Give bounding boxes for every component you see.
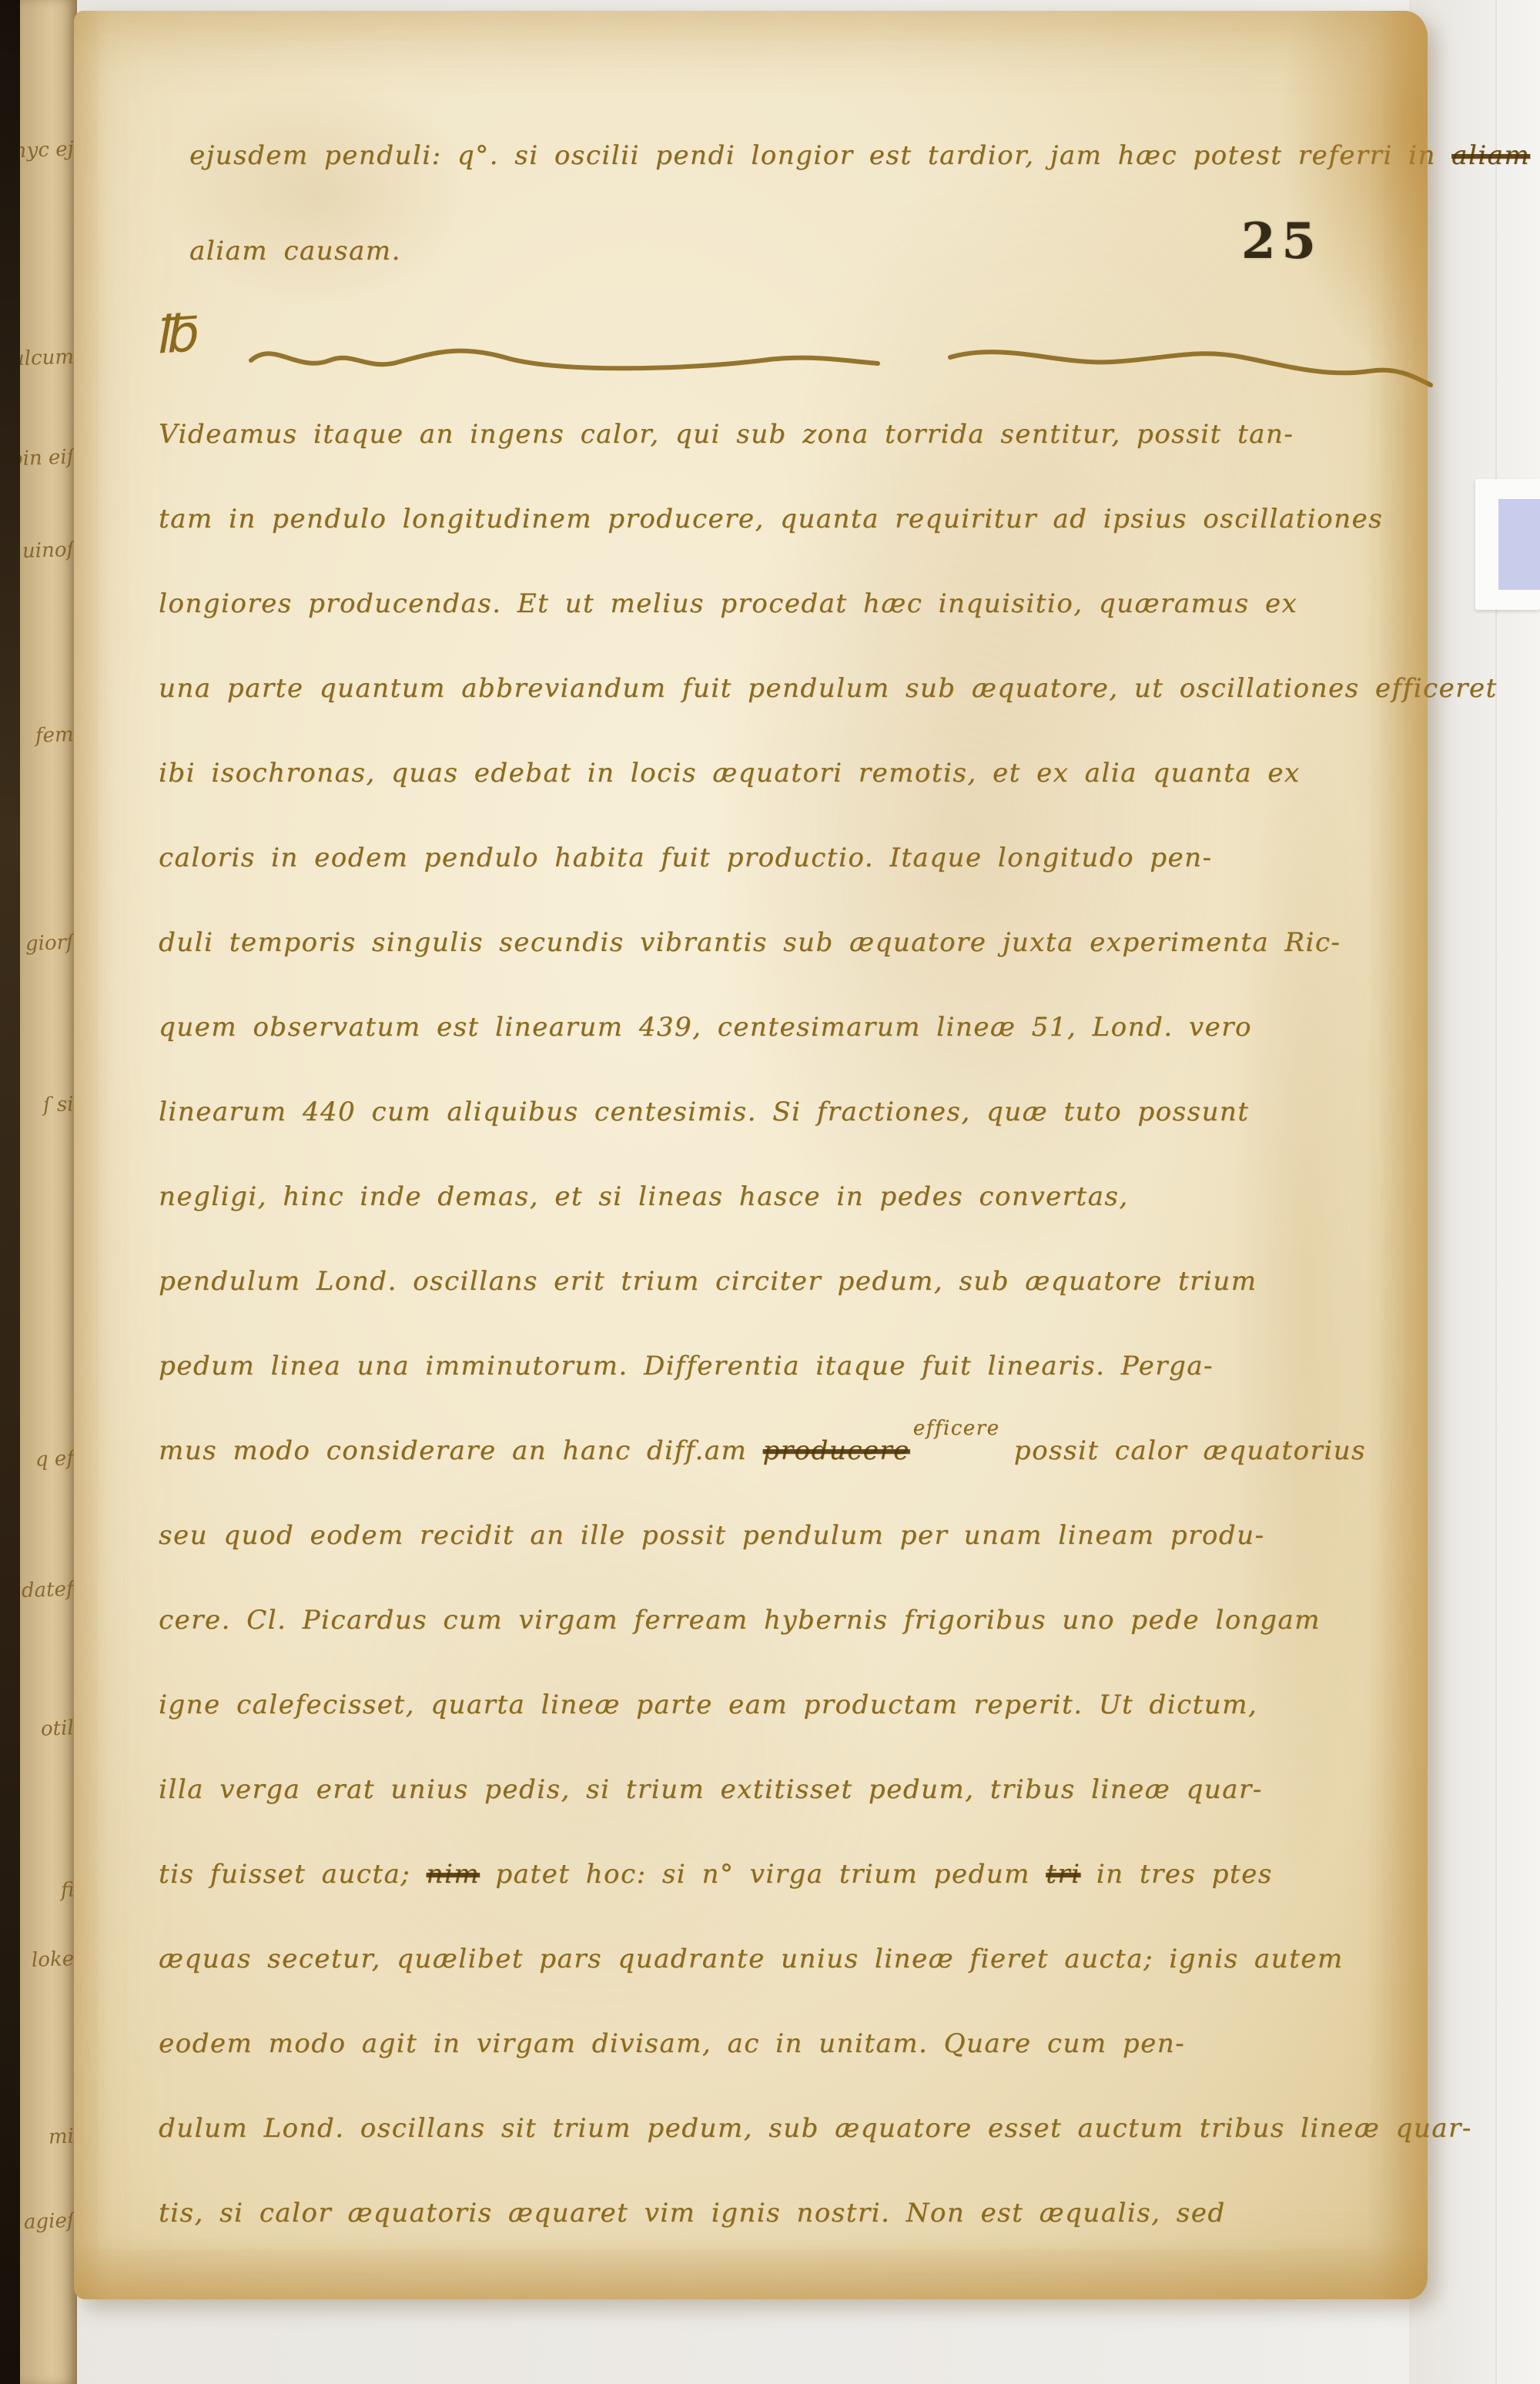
body-line: seu quod eodem recidit an ille possit pe… <box>159 1520 1264 1551</box>
body-line: caloris in eodem pendulo habita fuit pro… <box>159 842 1213 873</box>
body-line: tam in pendulo longitudinem producere, q… <box>159 504 1383 534</box>
header-line-1: ejusdem penduli: q°. si oscilii pendi lo… <box>189 140 1530 171</box>
interlinear-insertion: efficere <box>913 1417 1000 1440</box>
page-number-stamp: 25 <box>1241 213 1322 270</box>
gutter-text-fragment: loke <box>31 1947 74 1972</box>
body-line-with-correction: mus modo considerare an hanc diff.am pro… <box>159 1435 1366 1466</box>
gutter-text-fragment: q ef <box>35 1447 75 1472</box>
body-line: duli temporis singulis secundis vibranti… <box>159 927 1341 958</box>
gutter-text-fragment: oin eiſ <box>20 446 74 471</box>
manuscript-scan: hyc ej ulcum oin eiſ uinoſ fem giorſ ſ s… <box>0 0 1540 2384</box>
header-line-2: aliam causam. <box>189 236 401 266</box>
body-line-text: patet hoc: si n° virga trium pedum <box>480 1859 1046 1890</box>
wavy-separator-line <box>248 330 1434 399</box>
gutter-text-fragment: uinoſ <box>22 538 74 563</box>
body-line: æquas secetur, quælibet pars quadrante u… <box>159 1944 1344 1974</box>
body-line-text: possit calor æquatorius <box>999 1435 1367 1466</box>
crossed-out-word: nim <box>427 1859 480 1890</box>
body-line: una parte quantum abbreviandum fuit pend… <box>159 673 1498 704</box>
header-line-1-text: ejusdem penduli: q°. si oscilii pendi lo… <box>189 140 1436 171</box>
body-line: pendulum Lond. oscillans erit trium circ… <box>159 1266 1257 1297</box>
gutter-text-fragment: hyc ej <box>20 138 74 163</box>
bookmark-tab <box>1475 479 1540 610</box>
facing-page-sliver: hyc ej ulcum oin eiſ uinoſ fem giorſ ſ s… <box>20 0 77 2384</box>
gutter-text-fragment: fem <box>35 723 75 748</box>
manuscript-page: 25 ejusdem penduli: q°. si oscilii pendi… <box>74 11 1428 2299</box>
gutter-text-fragment: fi <box>60 1879 74 1903</box>
body-line: dulum Lond. oscillans sit trium pedum, s… <box>159 2113 1472 2144</box>
body-line: linearum 440 cum aliquibus centesimis. S… <box>159 1097 1249 1127</box>
body-line: igne calefecisset, quarta lineæ parte ea… <box>159 1689 1257 1720</box>
body-line: negligi, hinc inde demas, et si lineas h… <box>159 1181 1129 1212</box>
body-line-text: mus modo considerare an hanc diff.am <box>159 1435 763 1466</box>
body-line: eodem modo agit in virgam divisam, ac in… <box>159 2028 1185 2059</box>
book-gutter-shadow <box>0 0 20 2384</box>
body-line-text: in tres ptes <box>1080 1859 1272 1890</box>
body-line: tis, si calor æquatoris æquaret vim igni… <box>159 2198 1226 2228</box>
body-line: longiores producendas. Et ut melius proc… <box>159 588 1297 619</box>
gutter-text-fragment: agieſ <box>23 2209 74 2234</box>
body-line: pedum linea una imminutorum. Differentia… <box>159 1351 1214 1381</box>
backing-sheet-edge <box>1495 0 1497 2384</box>
body-line-text: tis fuisset aucta; <box>159 1859 427 1890</box>
crossed-out-word: aliam <box>1451 140 1530 171</box>
gutter-text-fragment: ſ si <box>43 1093 75 1117</box>
crossed-out-word: producere <box>763 1435 910 1466</box>
body-line: Videamus itaque an ingens calor, qui sub… <box>159 419 1294 450</box>
gutter-text-fragment: datef <box>22 1578 75 1602</box>
crossed-out-word: tri <box>1046 1859 1080 1890</box>
bookmark-tab-color <box>1498 499 1540 590</box>
gutter-text-fragment: ulcum <box>20 346 74 371</box>
gutter-text-fragment: mi <box>49 2125 75 2148</box>
body-line: ibi isochronas, quas edebat in locis æqu… <box>159 758 1301 789</box>
paragraph-mark: ℔ <box>152 303 197 366</box>
gutter-text-fragment: otil <box>41 1716 75 1740</box>
body-line-with-correction: tis fuisset aucta; nim patet hoc: si n° … <box>159 1859 1273 1890</box>
gutter-text-fragment: giorſ <box>25 931 75 956</box>
body-line: illa verga erat unius pedis, si trium ex… <box>159 1774 1263 1805</box>
body-line: cere. Cl. Picardus cum virgam ferream hy… <box>159 1605 1321 1636</box>
body-line: quem observatum est linearum 439, centes… <box>159 1012 1252 1043</box>
